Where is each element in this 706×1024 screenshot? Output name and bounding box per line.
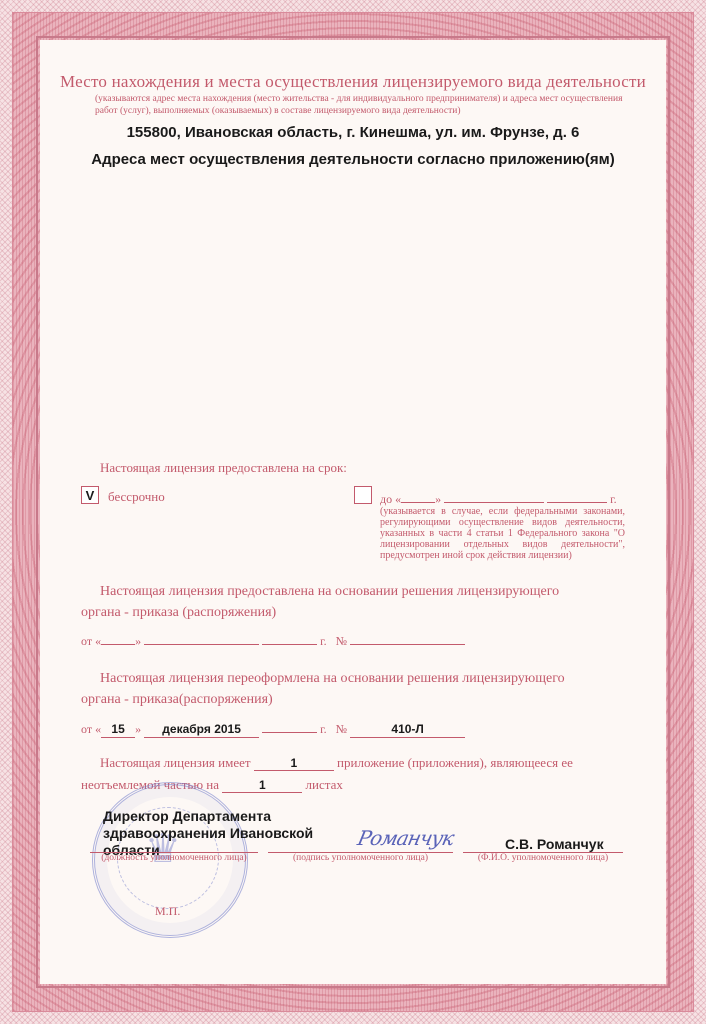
reissue-number-field[interactable]: 410-Л [350,723,465,738]
until-quote-close: » [435,492,441,506]
signature-caption: (подпись уполномоченного лица) [268,853,453,863]
grant-year-blank[interactable] [262,630,317,645]
grant-month-year-field[interactable] [144,630,259,645]
grant-text-line1: Настоящая лицензия предоставлена на осно… [100,584,559,599]
reissue-order-row: от «15» декабря 2015 г. № 410-Л [81,718,465,738]
reissue-text-line2: органа - приказа(распоряжения) [81,689,625,710]
limited-term-checkbox[interactable] [354,486,372,504]
reissue-number-sign: № [336,722,347,736]
reissue-text-line1: Настоящая лицензия переоформлена на осно… [100,671,565,686]
position-caption: (должность уполномоченного лица) [90,853,258,863]
grant-number-sign: № [336,634,347,648]
appendix-sheets-field[interactable]: 1 [222,778,302,793]
reissue-day-field[interactable]: 15 [101,723,135,738]
signer-name: С.В. Романчук [505,836,604,852]
until-year-field[interactable] [547,490,607,503]
position-line2: здравоохранения Ивановской [103,825,313,842]
reissue-from-prefix: от « [81,722,101,736]
until-date-field: до «» г. [380,490,617,507]
seal-place-mark: М.П. [155,904,180,919]
grant-year-suffix: г. [320,634,327,648]
reissue-year-blank[interactable] [262,718,317,733]
until-prefix: до « [380,492,401,506]
check-mark-icon: V [86,488,95,503]
unlimited-checkbox[interactable]: V [81,486,99,504]
address: 155800, Ивановская область, г. Кинешма, … [40,124,666,141]
name-caption: (Ф.И.О. уполномоченного лица) [463,853,623,863]
grant-quote-close: » [135,634,141,648]
appendix-text-b: приложение (приложения), являющееся ее [337,755,573,770]
address-note: Адреса мест осуществления деятельности с… [40,151,666,168]
appendix-text-a: Настоящая лицензия имеет [100,755,251,770]
reissue-quote-close: » [135,722,141,736]
grant-number-field[interactable] [350,630,465,645]
until-note: (указывается в случае, если федеральными… [380,506,625,561]
section-heading: Место нахождения и места осуществления л… [40,72,666,92]
grant-from-prefix: от « [81,634,101,648]
appendix-count-field[interactable]: 1 [254,756,334,771]
until-month-field[interactable] [444,490,544,503]
grant-day-field[interactable] [101,630,135,645]
until-day-field[interactable] [401,490,435,503]
position-line1: Директор Департамента [103,808,313,825]
term-title: Настоящая лицензия предоставлена на срок… [100,460,347,476]
handwritten-signature: Романчук [355,826,455,850]
grant-text-line2: органа - приказа (распоряжения) [81,602,625,623]
appendix-text-d: листах [306,777,343,792]
unlimited-label: бессрочно [108,489,165,505]
grant-paragraph: Настоящая лицензия предоставлена на осно… [100,581,625,623]
reissue-paragraph: Настоящая лицензия переоформлена на осно… [100,668,625,710]
reissue-month-year-field[interactable]: декабря 2015 [144,723,259,738]
heading-note: (указываются адрес места нахождения (мес… [95,93,625,117]
grant-order-row: от «» г. № [81,630,465,649]
reissue-year-suffix: г. [320,722,327,736]
until-year-suffix: г. [610,492,617,506]
